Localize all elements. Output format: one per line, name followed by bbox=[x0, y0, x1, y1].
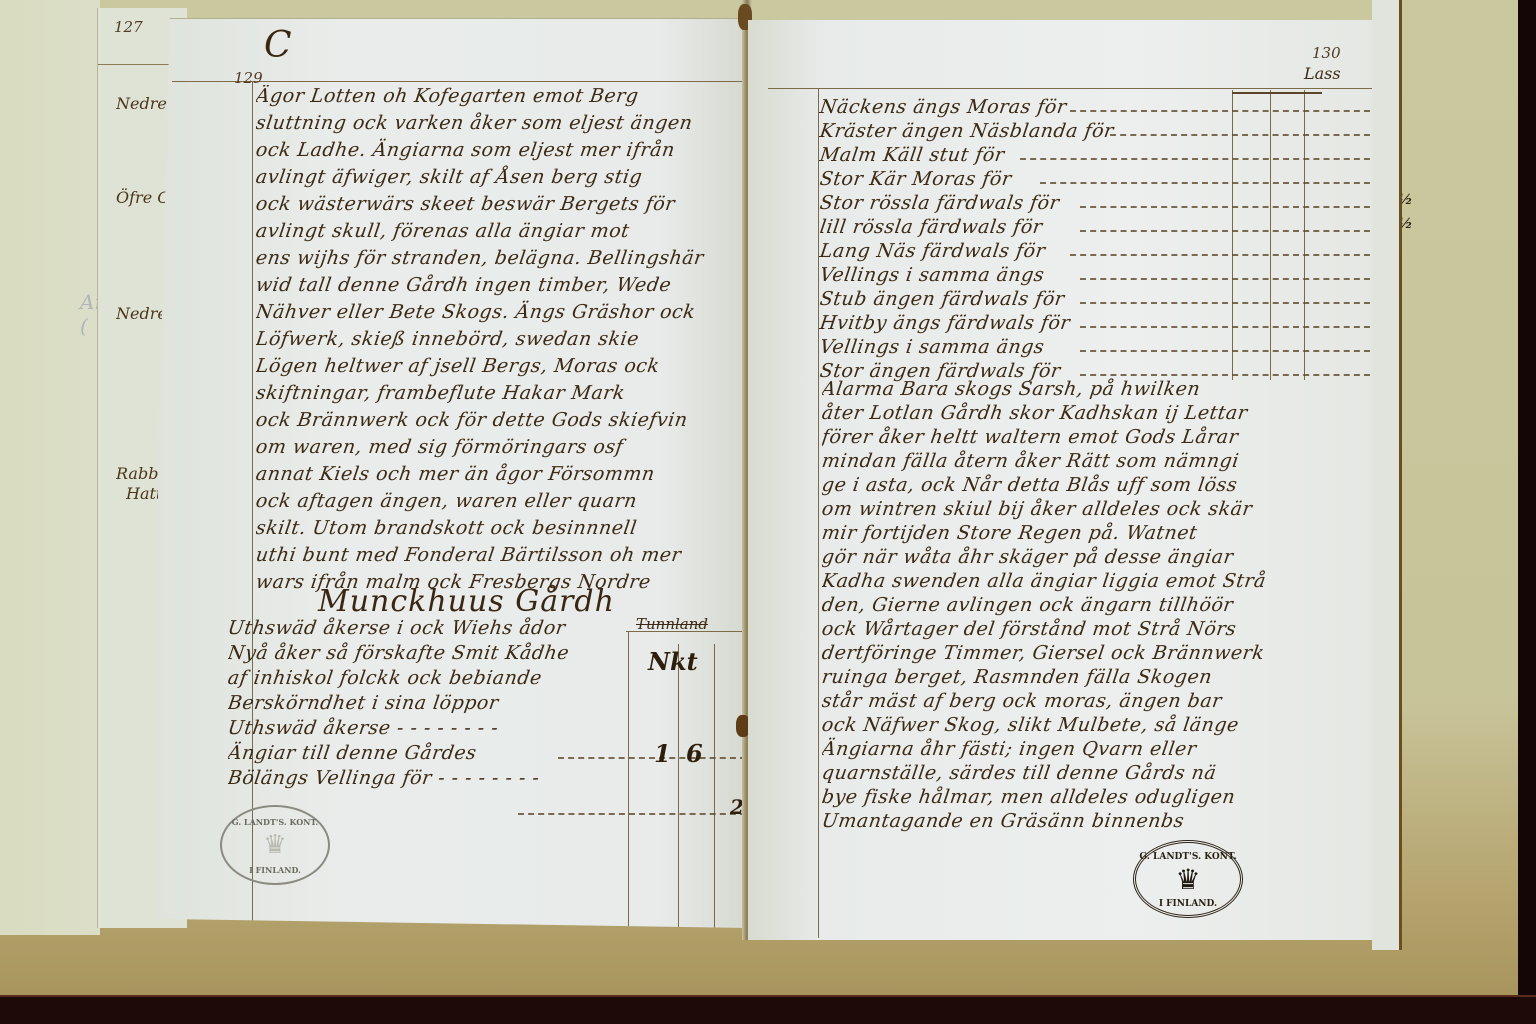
ledger-label: Stor Kär Moras för bbox=[818, 168, 1013, 190]
text-line: sluttning ock varken åker som eljest äng… bbox=[256, 112, 694, 134]
text-line: skilt. Utom brandskott ock besinnnell bbox=[256, 517, 638, 539]
text-line: uthi bunt med Fonderal Bärtilsson oh mer bbox=[256, 544, 683, 566]
table-column-rule bbox=[714, 644, 715, 929]
text-line: Alarma Bara skogs Sarsh, på hwilken bbox=[822, 378, 1202, 400]
ledger-row: Kräster ängen Näsblanda för 1 bbox=[820, 120, 1380, 144]
text-line: om wintren skiul bij åker alldeles ock s… bbox=[822, 498, 1254, 520]
text-line: Uthswäd åkerse i ock Wiehs ådor bbox=[228, 617, 567, 639]
ledger-label: Näckens ängs Moras för bbox=[818, 96, 1068, 118]
ledger-row: Hvitby ängs färdwals för 5 bbox=[820, 312, 1380, 336]
text-line: ock Wårtager del förstånd mot Strå Nörs bbox=[822, 618, 1238, 640]
ledger-row: Malm Käll stut för 1 bbox=[820, 144, 1380, 168]
section-heading: Munckhuus Gårdh bbox=[318, 584, 615, 619]
column-header: Lass bbox=[1304, 64, 1341, 83]
text-line: af inhiskol folckk ock bebiande bbox=[228, 667, 543, 689]
underlying-page: Ar ( bbox=[0, 0, 100, 935]
ledger-label: Stor rössla färdwals för bbox=[818, 192, 1060, 214]
text-line: ock wästerwärs skeet beswär Bergets för bbox=[256, 193, 676, 215]
dashed-leader bbox=[518, 813, 746, 815]
ledger-row: Stor rössla färdwals för ½ bbox=[820, 192, 1380, 216]
text-line: om waren, med sig förmöringars osf bbox=[256, 436, 625, 458]
ledger-label: Lang Näs färdwals för bbox=[818, 240, 1046, 262]
text-line: mir fortijden Store Regen på. Watnet bbox=[822, 522, 1199, 544]
text-line: Ängiarna åhr fästi; ingen Qvarn eller bbox=[822, 738, 1198, 760]
page-number-127: 127 bbox=[114, 18, 143, 36]
film-border-bottom bbox=[0, 995, 1536, 1024]
stamp-top-text: G. LANDT'S. KONT. bbox=[232, 817, 318, 827]
table-value: 6 bbox=[686, 739, 703, 768]
text-line: Kadha swenden alla ängiar liggia emot St… bbox=[822, 570, 1267, 592]
text-line: ock Näfwer Skog, slikt Mulbete, så länge bbox=[822, 714, 1240, 736]
ledger-row: Stub ängen färdwals för 3 bbox=[820, 288, 1380, 312]
film-border-right bbox=[1518, 0, 1536, 1024]
text-line: skiftningar, frambeflute Hakar Mark bbox=[256, 382, 627, 404]
text-line: gör när wåta åhr skäger på desse ängiar bbox=[822, 546, 1235, 568]
text-line: Nyå åker så förskafte Smit Kådhe bbox=[228, 642, 571, 664]
left-paragraph: Ägor Lotten oh Kofegarten emot Berg slut… bbox=[256, 85, 746, 605]
ledger-label: Malm Käll stut för bbox=[818, 144, 1006, 166]
table-value: 1 bbox=[654, 739, 671, 768]
text-line: Berskörndhet i sina löppor bbox=[228, 692, 500, 714]
text-line: avlingt skull, förenas alla ängiar mot bbox=[256, 220, 631, 242]
right-paragraph: Alarma Bara skogs Sarsh, på hwilken åter… bbox=[822, 378, 1382, 848]
text-line: mindan fälla återn åker Rätt som nämngi bbox=[822, 450, 1240, 472]
ledger-row: Näckens ängs Moras för 2 bbox=[820, 96, 1380, 120]
left-section-lines: Uthswäd åkerse i ock Wiehs ådor Nyå åker… bbox=[228, 617, 628, 807]
ledger-label: lill rössla färdwals för bbox=[818, 216, 1044, 238]
stamp-bottom-text: I FINLAND. bbox=[1159, 899, 1217, 909]
text-line: åter Lotlan Gårdh skor Kadhskan ij Letta… bbox=[822, 402, 1249, 424]
text-line: quarnställe, särdes till denne Gårds nä bbox=[822, 762, 1218, 784]
page-number-130: 130 bbox=[1312, 44, 1341, 62]
text-line: avlingt äfwiger, skilt af Åsen berg stig bbox=[256, 166, 644, 188]
ledger-row: Lang Näs färdwals för 2 bbox=[820, 240, 1380, 264]
text-line: Umantagande en Gräsänn binnenbs bbox=[822, 810, 1186, 832]
text-line: Ängiar till denne Gårdes bbox=[228, 742, 478, 764]
ledger-rows: Näckens ängs Moras för 2 Kräster ängen N… bbox=[820, 96, 1380, 386]
text-line: Ägor Lotten oh Kofegarten emot Berg bbox=[256, 85, 640, 107]
text-line: bye fiske hålmar, men alldeles odugligen bbox=[822, 786, 1237, 808]
text-line: annat Kiels och mer än ågor Försommn bbox=[256, 463, 656, 485]
right-page: 130 Lass Näckens ängs Moras för 2 Kräste… bbox=[748, 20, 1388, 940]
text-line: Uthswäd åkerse - - - - - - - - bbox=[228, 717, 500, 739]
text-line: står mäst af berg ock moras, ängen bar bbox=[822, 690, 1223, 712]
ledger-top-rule bbox=[1232, 92, 1322, 94]
ledger-label: Stub ängen färdwals för bbox=[818, 288, 1066, 310]
table-column-rule bbox=[628, 631, 629, 931]
stamp-top-text: G. LANDT'S. KONT. bbox=[1139, 852, 1236, 862]
manuscript-photograph: Ar ( 127 Nedre Öfre C Nedre Rabbor Hatt … bbox=[0, 0, 1536, 1024]
ledger-label: Vellings i samma ängs bbox=[818, 264, 1045, 286]
header-rule bbox=[768, 88, 1388, 89]
text-line: den, Gierne avlingen ock ängarn tillhöör bbox=[822, 594, 1235, 616]
left-page: 129 C Ägor Lotten oh Kofegarten emot Ber… bbox=[158, 18, 748, 928]
text-line: dertföringe Timmer, Giersel ock Brännwer… bbox=[822, 642, 1266, 664]
text-line: ge i asta, ock Når detta Blås uff som lö… bbox=[822, 474, 1239, 496]
text-line: ruinga berget, Rasmnden fälla Skogen bbox=[822, 666, 1214, 688]
ledger-label: Hvitby ängs färdwals för bbox=[818, 312, 1071, 334]
text-line: Bölängs Vellinga för - - - - - - - - bbox=[228, 767, 541, 789]
ledger-label: Vellings i samma ängs bbox=[818, 336, 1045, 358]
table-column-rule bbox=[678, 644, 679, 929]
table-header: Tunnland bbox=[636, 615, 708, 633]
text-line: ock Brännwerk ock för dette Gods skiefvi… bbox=[256, 409, 689, 431]
table-subheader: Nkt bbox=[648, 647, 698, 676]
double-headed-eagle-icon: ♛ bbox=[263, 830, 286, 860]
text-line: Nähver eller Bete Skogs. Ängs Gräshor oc… bbox=[256, 301, 697, 323]
ledger-row: Vellings i samma ängs 5 bbox=[820, 336, 1380, 360]
text-line: förer åker heltt waltern emot Gods Lårar bbox=[822, 426, 1240, 448]
text-line: wid tall denne Gårdh ingen timber, Wede bbox=[256, 274, 673, 296]
ledger-label: Kräster ängen Näsblanda för bbox=[818, 120, 1115, 142]
text-line: Lögen heltwer af jsell Bergs, Moras ock bbox=[256, 355, 661, 377]
margin-rule bbox=[818, 88, 819, 938]
text-line: ock Ladhe. Ängiarna som eljest mer ifrån bbox=[256, 139, 676, 161]
text-line: Löfwerk, skieß innebörd, swedan skie bbox=[256, 328, 640, 350]
ledger-row: Vellings i samma ängs 4 bbox=[820, 264, 1380, 288]
text-line: ock aftagen ängen, waren eller quarn bbox=[256, 490, 638, 512]
page-fore-edge bbox=[1372, 0, 1402, 950]
ledger-row: Stor Kär Moras för 1 bbox=[820, 168, 1380, 192]
initial-flourish: C bbox=[264, 25, 293, 66]
text-line: ens wijhs för stranden, belägna. Belling… bbox=[256, 247, 705, 269]
archive-stamp-left: G. LANDT'S. KONT. ♛ I FINLAND. bbox=[220, 805, 330, 885]
archive-stamp-right: G. LANDT'S. KONT. ♛ I FINLAND. bbox=[1133, 840, 1243, 918]
ledger-row: lill rössla färdwals för ½ bbox=[820, 216, 1380, 240]
dashed-leader bbox=[558, 757, 746, 759]
stamp-bottom-text: I FINLAND. bbox=[249, 865, 301, 875]
